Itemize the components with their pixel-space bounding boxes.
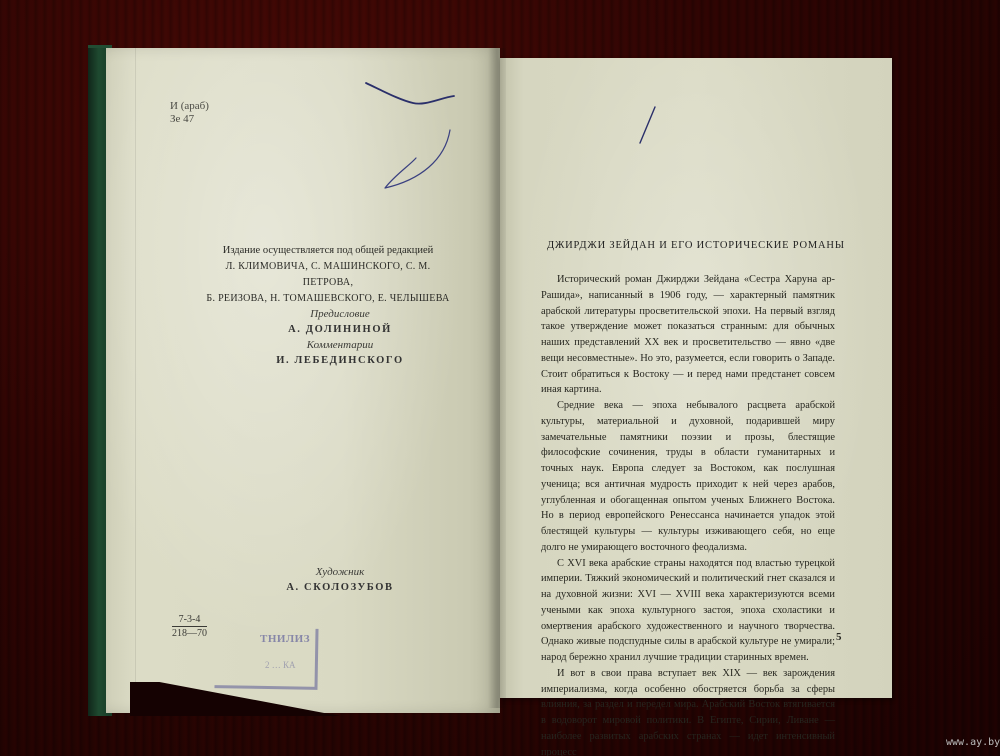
editorial-intro: Издание осуществляется под общей редакци… — [200, 243, 456, 259]
paragraph: С XVI века арабские страны находятся под… — [541, 556, 835, 666]
credit-role: Комментарии — [250, 338, 430, 353]
stamp-text: ТНИЛИЗ — [260, 633, 310, 645]
credit-name: А. ДОЛИНИНОЙ — [250, 322, 430, 337]
credit-role: Предисловие — [250, 307, 430, 322]
call-number-line: Зе 47 — [170, 113, 209, 126]
credit-role: Художник — [250, 565, 430, 580]
paragraph: И вот в свои права вступает век XIX — ве… — [541, 666, 835, 756]
publication-code-top: 7-3-4 — [172, 613, 207, 627]
credit-name: И. ЛЕБЕДИНСКОГО — [250, 353, 430, 368]
page-number: 5 — [836, 631, 842, 643]
chapter-title: ДЖИРДЖИ ЗЕЙДАН И ЕГО ИСТОРИЧЕСКИЕ РОМАНЫ — [547, 240, 845, 251]
commentary-credit: Комментарии И. ЛЕБЕДИНСКОГО — [250, 338, 430, 368]
editorial-board: Издание осуществляется под общей редакци… — [200, 243, 456, 307]
left-page — [106, 48, 500, 713]
preface-credit: Предисловие А. ДОЛИНИНОЙ — [250, 307, 430, 337]
book-gutter — [488, 48, 506, 708]
credit-name: А. СКОЛОЗУБОВ — [250, 580, 430, 595]
call-number-line: И (араб) — [170, 100, 209, 113]
page-fold-line — [135, 48, 136, 713]
publication-code-bottom: 218—70 — [172, 628, 207, 639]
publication-code: 7-3-4 218—70 — [172, 613, 207, 640]
chapter-body: Исторический роман Джирджи Зейдана «Сест… — [541, 272, 835, 756]
artist-credit: Художник А. СКОЛОЗУБОВ — [250, 565, 430, 595]
library-call-number: И (араб) Зе 47 — [170, 100, 209, 126]
editors-names-line: Л. КЛИМОВИЧА, С. МАШИНСКОГО, С. М. ПЕТРО… — [200, 259, 456, 291]
paragraph: Средние века — эпоха небывалого расцвета… — [541, 398, 835, 556]
stamp-subtext: 2 … КА — [265, 660, 296, 670]
editors-names-line: Б. РЕИЗОВА, Н. ТОМАШЕВСКОГО, Е. ЧЕЛЫШЕВА — [200, 291, 456, 307]
paragraph: Исторический роман Джирджи Зейдана «Сест… — [541, 272, 835, 398]
watermark: www.ay.by — [946, 737, 1000, 748]
